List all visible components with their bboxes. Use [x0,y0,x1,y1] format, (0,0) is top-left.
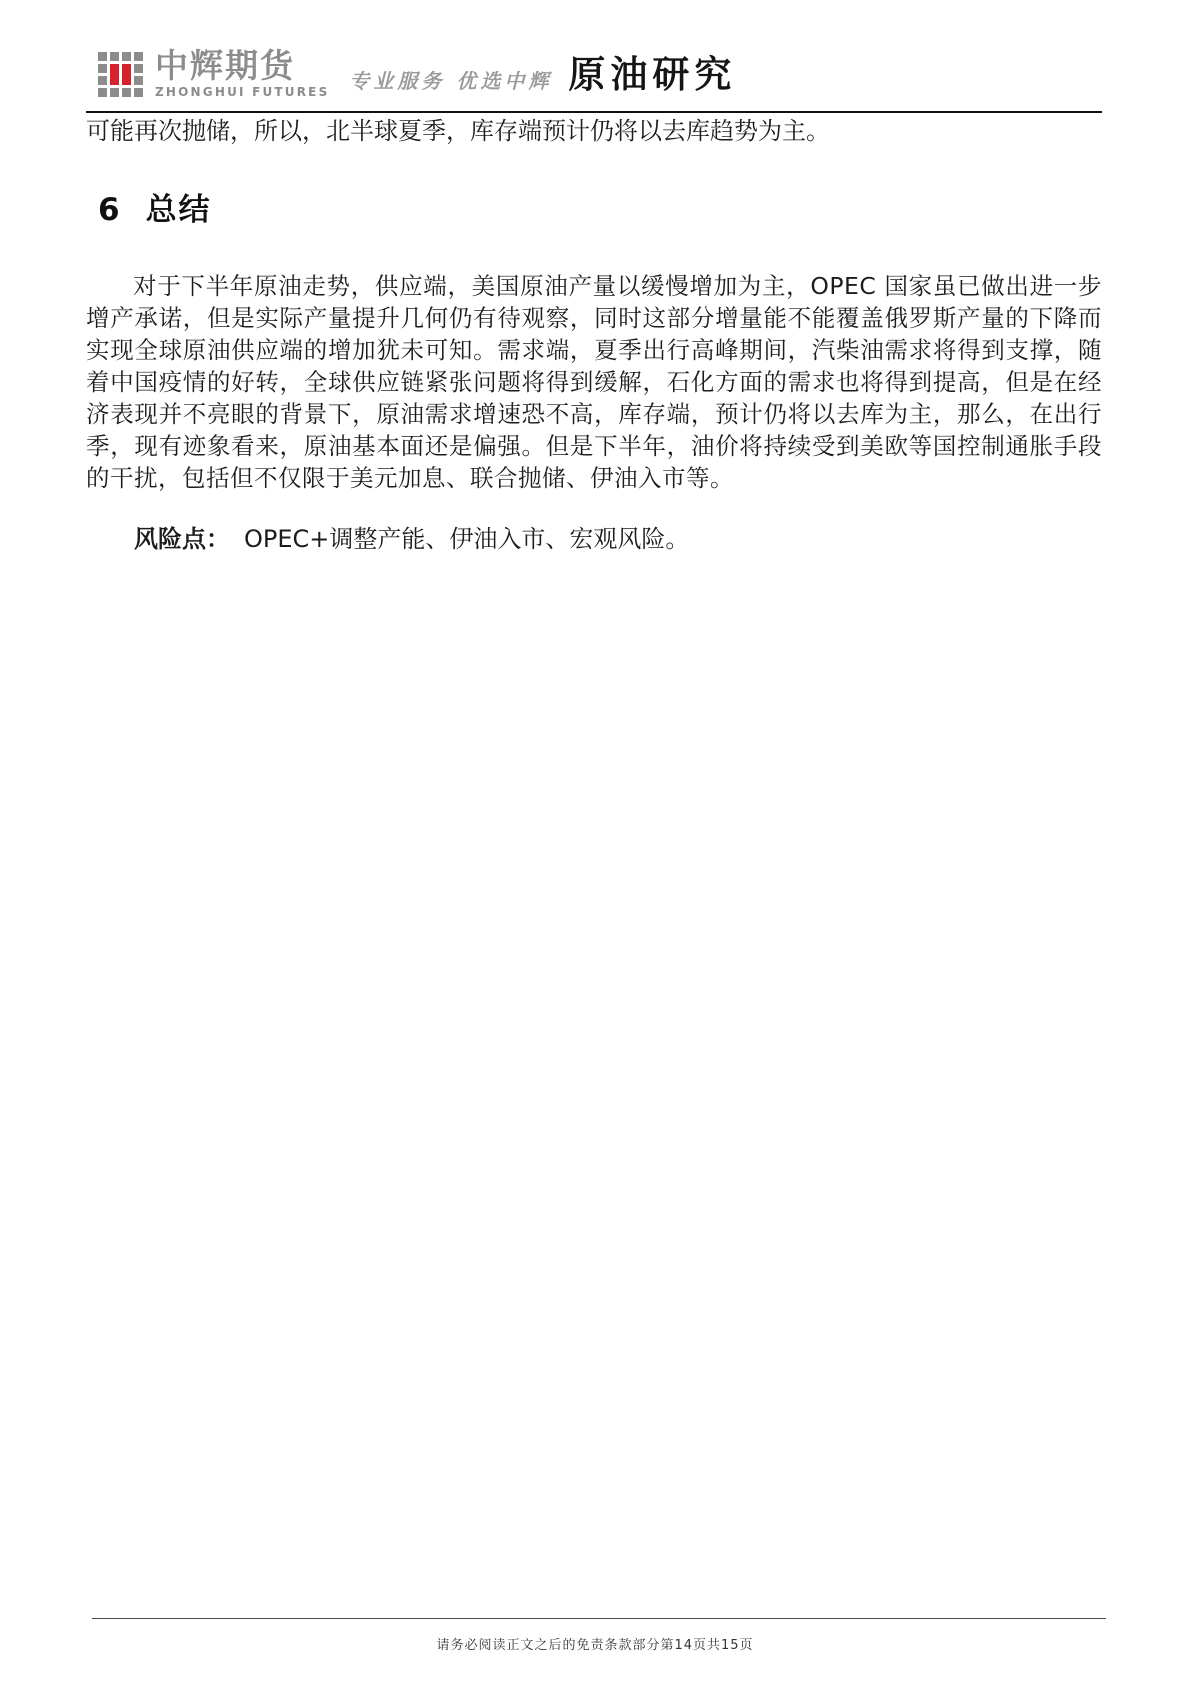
report-header: 中辉期货 ZHONGHUI FUTURES 专业服务 优选中辉 原油研究 [98,44,1102,98]
logo-red-bar [110,64,119,85]
footer-disclaimer: 请务必阅读正文之后的免责条款部分第14页共15页 [0,1634,1190,1653]
brand-tagline: 专业服务 优选中辉 [349,65,552,94]
section-heading: 6总结 [98,184,212,229]
header-divider [86,111,1102,113]
zhonghui-logo: 中辉期货 ZHONGHUI FUTURES [98,49,329,98]
logo-red-bar [122,64,131,85]
risk-label: 风险点： [134,525,230,553]
brand-text: 中辉期货 ZHONGHUI FUTURES [155,49,329,98]
carryover-paragraph: 可能再次抛储，所以，北半球夏季，库存端预计仍将以去库趋势为主。 [86,116,1102,146]
logo-grid-icon [98,52,143,97]
footer-divider [92,1618,1106,1619]
risk-note: 风险点：OPEC+调整产能、伊油入市、宏观风险。 [86,524,1102,554]
brand-name-en: ZHONGHUI FUTURES [155,86,329,98]
brand-name-cn: 中辉期货 [155,49,329,82]
summary-paragraph: 对于下半年原油走势，供应端，美国原油产量以缓慢增加为主，OPEC 国家虽已做出进… [86,270,1102,494]
section-number: 6 [98,192,122,228]
risk-text: OPEC+调整产能、伊油入市、宏观风险。 [244,525,689,553]
section-title: 总结 [146,192,212,228]
report-page: 中辉期货 ZHONGHUI FUTURES 专业服务 优选中辉 原油研究 可能再… [0,0,1190,1683]
page-number: 第14页共15页 [660,1638,753,1653]
disclaimer-text: 请务必阅读正文之后的免责条款部分 [436,1638,660,1653]
report-series-title: 原油研究 [568,44,736,98]
